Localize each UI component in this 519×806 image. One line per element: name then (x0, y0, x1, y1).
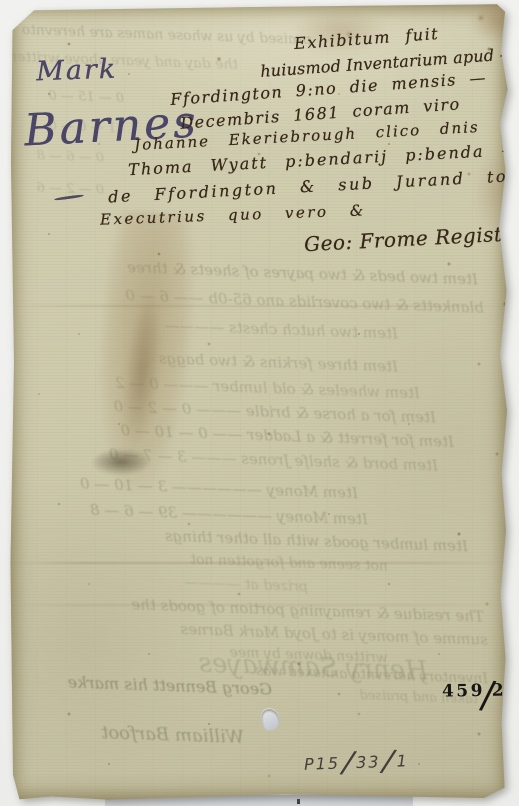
stamp-slash: / (480, 684, 496, 705)
latin-line: Exhibitum fuit (294, 24, 440, 53)
paper-hole (261, 708, 281, 731)
stamped-folio-number: 459 / 2. (442, 680, 515, 701)
reference-part: P15 (304, 754, 341, 774)
bleedthrough-line: Item Money —————— 3 — 10 — 0 (58, 474, 358, 502)
bleedthrough-line: not seene and forgotten not (68, 547, 388, 574)
bleedthrough-line: blanketts & two coverlids ano 65-0b —— 6… (34, 283, 484, 317)
bleedthrough-line: Item two hutch chests ———— (78, 313, 398, 342)
stamp-number-part: 459 (442, 681, 485, 702)
bleedthrough-signature: William Barfoot (14, 719, 245, 748)
paper-shadow-wrap: praised by us whose names are herevnto t… (0, 0, 519, 806)
bleedthrough-line: Item two beds & two payres of sheets & t… (48, 256, 478, 289)
annotation-first-name: Mark (35, 54, 117, 88)
bleedthrough-line: prized at ———— (68, 571, 308, 595)
reference-part: 33 (356, 752, 381, 772)
fold-crease (8, 604, 509, 606)
reference-part: 1 (396, 751, 409, 770)
bleedthrough-line: Item three ferkins & two baggs (68, 346, 398, 376)
reference-slash: / (342, 755, 354, 771)
pencil-archive-reference: P15 / 33 / 1 (304, 751, 409, 774)
manuscript-paper: praised by us whose names are herevnto t… (8, 3, 509, 802)
latin-line: Executrius quo vero & (100, 201, 366, 228)
registrar-signature: Geo: Frome Registrius (304, 220, 519, 257)
reference-slash: / (383, 753, 395, 769)
fold-crease (8, 305, 509, 307)
foxing-specks (8, 3, 10, 5)
fold-crease (8, 562, 509, 564)
top-right-stain (470, 0, 519, 43)
bleedthrough-line: praised by us whose names are herevnto (12, 22, 312, 48)
bleedthrough-line: 0 — 2 — 6 (4, 179, 104, 197)
scanned-document-page: praised by us whose names are herevnto t… (0, 0, 519, 806)
